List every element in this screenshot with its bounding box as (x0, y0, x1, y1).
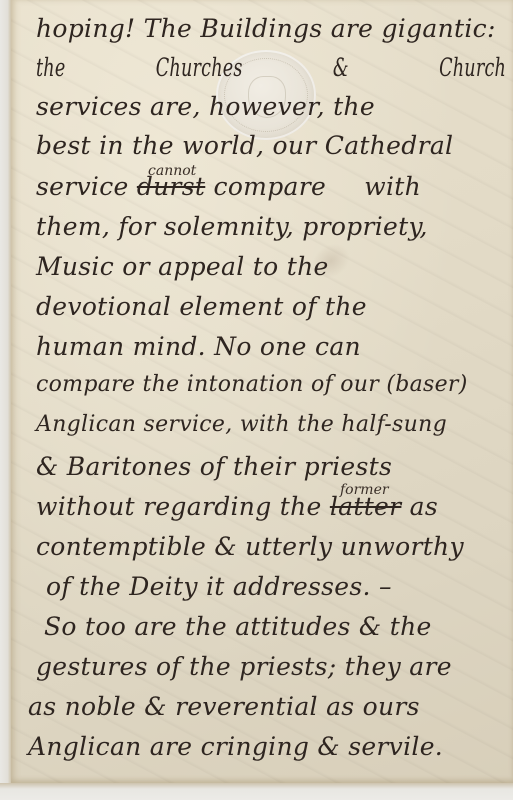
text-segment: service (36, 172, 129, 201)
text-line-12: & Baritones of their priests (36, 452, 392, 481)
text-segment: without regarding the (36, 492, 322, 521)
text-line-1: hoping! The Buildings are gigantic: (36, 14, 496, 43)
text-line-13: without regarding the latter as (36, 492, 438, 521)
text-line-16: So too are the attitudes & the (44, 612, 432, 641)
text-line-17: gestures of the priests; they are (36, 652, 452, 681)
text-line-7: Music or appeal to the (36, 252, 329, 281)
text-line-9: human mind. No one can (36, 332, 361, 361)
text-line-11: Anglican service, with the half-sung (36, 412, 447, 437)
text-segment: with (364, 172, 421, 201)
struck-word: durst (137, 172, 205, 201)
text-line-3: services are, however, the (36, 92, 375, 121)
text-line-6: them, for solemnity, propriety, (36, 212, 428, 241)
text-line-8: devotional element of the (36, 292, 367, 321)
text-line-18: as noble & reverential as ours (28, 692, 420, 721)
text-segment: as (410, 492, 438, 521)
struck-word: latter (330, 492, 402, 521)
text-line-14: contemptible & utterly unworthy (36, 532, 464, 561)
text-line-15: of the Deity it addresses. – (46, 572, 392, 601)
text-line-2: the Churches & Church (36, 53, 506, 82)
text-line-5: service durst compare with (36, 172, 421, 201)
manuscript-scan: hoping! The Buildings are gigantic: the … (0, 0, 513, 800)
text-line-19: Anglican are cringing & servile. (28, 732, 443, 761)
text-line-10: compare the intonation of our (baser) (36, 372, 468, 397)
text-line-4: best in the world, our Cathedral (36, 131, 453, 160)
text-segment: compare (214, 172, 327, 201)
handwritten-text: hoping! The Buildings are gigantic: the … (0, 0, 513, 800)
